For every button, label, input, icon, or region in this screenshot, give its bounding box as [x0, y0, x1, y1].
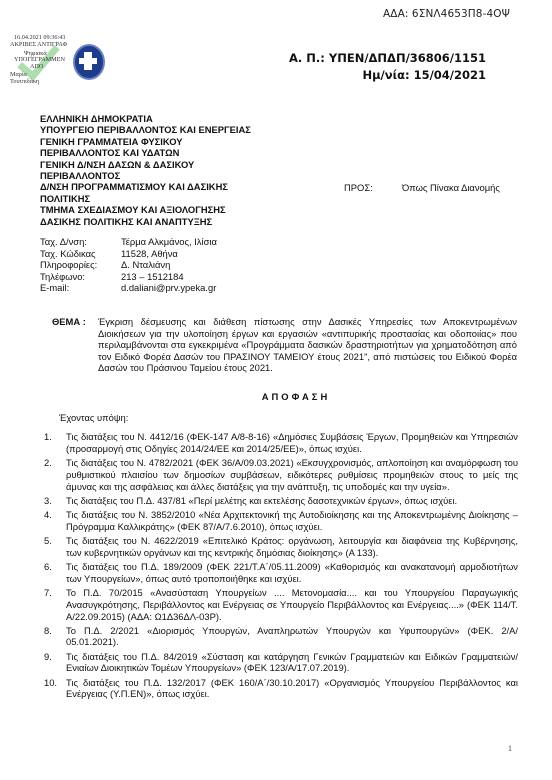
greek-emblem-seal-icon: [73, 44, 105, 80]
item-text: Τις διατάξεις του Π.Δ. 84/2019 «Σύσταση …: [66, 651, 518, 675]
recipient-block: ΠΡΟΣ: Όπως Πίνακα Διανομής: [344, 182, 373, 193]
org-line: ΓΕΝΙΚΗ Δ/ΝΣΗ ΔΑΣΩΝ & ΔΑΣΙΚΟΥ: [40, 159, 251, 170]
document-date: Ημ/νία: 15/04/2021: [289, 67, 486, 84]
org-line: ΔΑΣΙΚΗΣ ΠΟΛΙΤΙΚΗΣ ΚΑΙ ΑΝΑΠΤΥΞΗΣ: [40, 216, 251, 227]
item-number: 8.: [40, 625, 66, 649]
list-item: 2.Τις διατάξεις του Ν. 4782/2021 (ΦΕΚ 36…: [40, 457, 518, 492]
list-item: 7.Το Π.Δ. 70/2015 «Ανασύσταση Υπουργείων…: [40, 587, 518, 622]
stamp-signer: Μαρία: [10, 71, 27, 78]
item-number: 9.: [40, 651, 66, 675]
item-number: 5.: [40, 535, 66, 559]
org-line: Δ/ΝΣΗ ΠΡΟΓΡΑΜΜΑΤΙΣΜΟΥ ΚΑΙ ΔΑΣΙΚΗΣ: [40, 181, 251, 192]
item-text: Το Π.Δ. 70/2015 «Ανασύσταση Υπουργείων .…: [66, 587, 518, 622]
contact-row-address: Ταχ. Δ/νση: Τέρμα Αλκμάνος, Ιλίσια: [40, 236, 217, 248]
contact-label: E-mail:: [40, 282, 121, 294]
digital-signature-stamp: 16.04.2021 09:36:43 ΑΚΡΙΒΕΣ ΑΝΤΙΓΡΑΦ Ψηφ…: [8, 28, 98, 88]
contact-label: Πληροφορίες:: [40, 259, 121, 271]
contact-label: Ταχ. Δ/νση:: [40, 236, 121, 248]
list-item: 1.Τις διατάξεις του Ν. 4412/16 (ΦΕΚ-147 …: [40, 431, 518, 455]
stamp-line: ΥΠΟΓΕΓΡΑΜΜΕΝ: [14, 56, 65, 63]
item-number: 3.: [40, 495, 66, 507]
item-text: Τις διατάξεις του Ν. 4412/16 (ΦΕΚ-147 Α/…: [66, 431, 518, 455]
contact-email-link[interactable]: d.daliani@prv.ypeka.gr: [121, 282, 216, 294]
list-item: 4.Τις διατάξεις του Ν. 3852/2010 «Νέα Αρ…: [40, 509, 518, 533]
org-line: ΥΠΟΥΡΓΕΙΟ ΠΕΡΙΒΑΛΛΟΝΤΟΣ ΚΑΙ ΕΝΕΡΓΕΙΑΣ: [40, 124, 251, 135]
item-number: 6.: [40, 561, 66, 585]
contact-row-phone: Τηλέφωνο: 213 – 1512184: [40, 271, 217, 283]
contact-row-postcode: Ταχ. Κώδικας 11528, Αθήνα: [40, 248, 217, 260]
contact-row-email: E-mail: d.daliani@prv.ypeka.gr: [40, 282, 217, 294]
item-text: Τις διατάξεις του Π.Δ. 437/81 «Περί μελέ…: [66, 495, 518, 507]
list-item: 9.Τις διατάξεις του Π.Δ. 84/2019 «Σύστασ…: [40, 651, 518, 675]
stamp-line: ΑΚΡΙΒΕΣ ΑΝΤΙΓΡΑΦ: [10, 41, 67, 48]
contact-value: 11528, Αθήνα: [121, 248, 178, 260]
contact-value: Τέρμα Αλκμάνος, Ιλίσια: [121, 236, 217, 248]
org-line: ΠΕΡΙΒΑΛΛΟΝΤΟΣ ΚΑΙ ΥΔΑΤΩΝ: [40, 147, 251, 158]
org-line: ΕΛΛΗΝΙΚΗ ΔΗΜΟΚΡΑΤΙΑ: [40, 113, 251, 124]
page-number: 1: [508, 744, 512, 753]
list-item: 6.Τις διατάξεις του Π.Δ. 189/2009 (ΦΕΚ 2…: [40, 561, 518, 585]
org-line: ΓΕΝΙΚΗ ΓΡΑΜΜΑΤΕΙΑ ΦΥΣΙΚΟΥ: [40, 136, 251, 147]
item-text: Τις διατάξεις του Ν. 4782/2021 (ΦΕΚ 36/Α…: [66, 457, 518, 492]
item-text: Τις διατάξεις του Ν. 4622/2019 «Επιτελικ…: [66, 535, 518, 559]
organization-header: ΕΛΛΗΝΙΚΗ ΔΗΜΟΚΡΑΤΙΑ ΥΠΟΥΡΓΕΙΟ ΠΕΡΙΒΑΛΛΟΝ…: [40, 113, 251, 227]
legal-basis-list: 1.Τις διατάξεις του Ν. 4412/16 (ΦΕΚ-147 …: [40, 431, 518, 703]
org-line: ΠΟΛΙΤΙΚΗΣ: [40, 193, 251, 204]
item-number: 2.: [40, 457, 66, 492]
item-number: 7.: [40, 587, 66, 622]
contact-label: Ταχ. Κώδικας: [40, 248, 121, 260]
contact-value: Δ. Νταλιάνη: [121, 259, 170, 271]
recipient-value: Όπως Πίνακα Διανομής: [402, 182, 500, 193]
contact-label: Τηλέφωνο:: [40, 271, 121, 283]
subject-label: ΘΕΜΑ :: [52, 316, 86, 327]
item-number: 1.: [40, 431, 66, 455]
contact-value: 213 – 1512184: [121, 271, 184, 283]
stamp-line: ΑΠΟ: [30, 63, 43, 70]
subject-text: Έγκριση δέσμευσης και διάθεση πίστωσης σ…: [98, 316, 517, 374]
protocol-block: Α. Π.: ΥΠΕΝ/ΔΠΔΠ/36806/1151 Ημ/νία: 15/0…: [289, 50, 486, 84]
item-text: Τις διατάξεις του Π.Δ. 189/2009 (ΦΕΚ 221…: [66, 561, 518, 585]
list-item: 5.Τις διατάξεις του Ν. 4622/2019 «Επιτελ…: [40, 535, 518, 559]
protocol-number: Α. Π.: ΥΠΕΝ/ΔΠΔΠ/36806/1151: [289, 50, 486, 67]
org-line: ΤΜΗΜΑ ΣΧΕΔΙΑΣΜΟΥ ΚΑΙ ΑΞΙΟΛΟΓΗΣΗΣ: [40, 204, 251, 215]
item-text: Τις διατάξεις του Ν. 3852/2010 «Νέα Αρχι…: [66, 509, 518, 533]
decision-title: ΑΠΟΦΑΣΗ: [0, 391, 552, 402]
decision-intro: Έχοντας υπόψη:: [59, 412, 128, 423]
contact-details: Ταχ. Δ/νση: Τέρμα Αλκμάνος, Ιλίσια Ταχ. …: [40, 236, 217, 294]
list-item: 3.Τις διατάξεις του Π.Δ. 437/81 «Περί με…: [40, 495, 518, 507]
ada-code: ΑΔΑ: 6ΣΝΛ4653Π8-4ΟΨ: [383, 8, 510, 20]
org-line: ΠΕΡΙΒΑΛΛΟΝΤΟΣ: [40, 170, 251, 181]
stamp-datetime: 16.04.2021 09:36:43: [14, 34, 65, 41]
item-text: Το Π.Δ. 2/2021 «Διορισμός Υπουργών, Αναπ…: [66, 625, 518, 649]
list-item: 10.Τις διατάξεις του Π.Δ. 132/2017 (ΦΕΚ …: [40, 677, 518, 701]
list-item: 8.Το Π.Δ. 2/2021 «Διορισμός Υπουργών, Αν…: [40, 625, 518, 649]
recipient-label: ΠΡΟΣ:: [344, 182, 373, 193]
item-text: Τις διατάξεις του Π.Δ. 132/2017 (ΦΕΚ 160…: [66, 677, 518, 701]
item-number: 10.: [40, 677, 66, 701]
stamp-signer: Τουτπιδάκη: [10, 78, 39, 85]
contact-row-info: Πληροφορίες: Δ. Νταλιάνη: [40, 259, 217, 271]
item-number: 4.: [40, 509, 66, 533]
